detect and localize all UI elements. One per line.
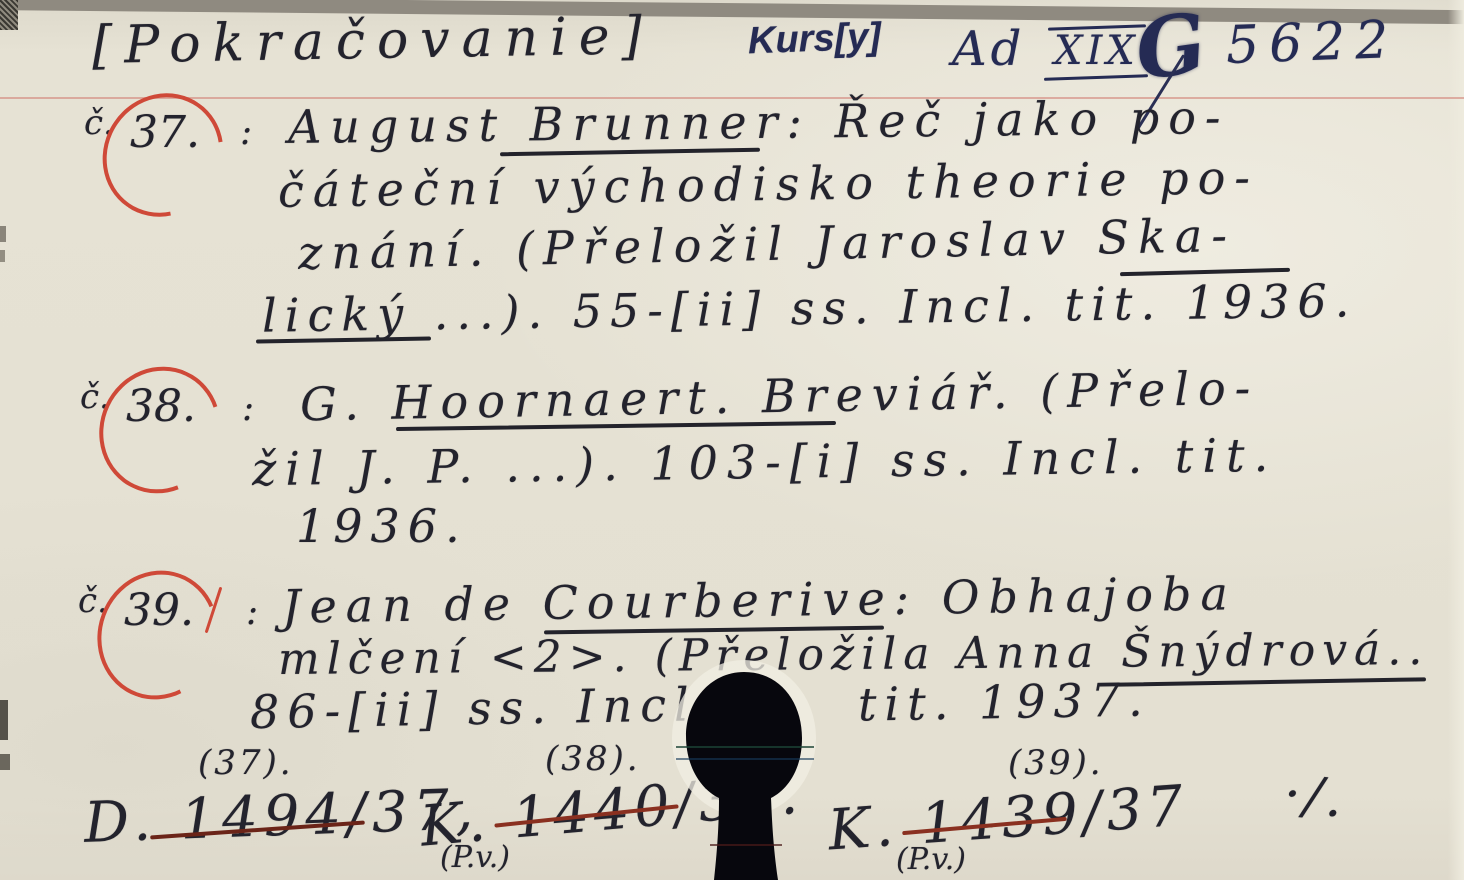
hole-silhouette	[686, 672, 802, 880]
series-roman-numeral: XIX	[1054, 30, 1139, 72]
entry-38-line-2: žil J. P. ...). 103-[i] ss. Incl. tit.	[252, 431, 1278, 494]
entry-39-separator: :	[246, 594, 258, 632]
entry-37-line-4: lický ...). 55-[ii] ss. Incl. tit. 1936.	[262, 276, 1358, 340]
corner-hatch-mark	[0, 0, 18, 30]
accession-37-ref: (37).	[198, 746, 294, 782]
entry-39-line-3: 86-[ii] ss. Incl.	[250, 680, 720, 736]
catalog-card: [Pokračovanie] Kurs[y] Ad XIX G 5622 č. …	[0, 0, 1464, 880]
g-stamp: G	[1130, 0, 1211, 95]
keyhole-hole	[652, 658, 842, 880]
entry-38-line-3: 1936.	[296, 502, 468, 550]
entry-37-line-3: znání. (Přeložil Jaroslav Ska-	[298, 211, 1237, 277]
entry-38-line-1: G. Hoornaert. Breviář. (Přelo-	[300, 364, 1260, 429]
entry-38-number: 38.	[126, 384, 196, 430]
entry-37-line-2: čáteční východisko theorie po-	[278, 153, 1259, 215]
underline-snydrova	[1116, 677, 1426, 686]
end-slash-mark: ·/.	[1281, 767, 1349, 828]
left-edge-mark	[0, 700, 8, 740]
entry-39-line-1: Jean de Courberive: Obhajoba	[282, 569, 1237, 631]
accession-38-ref: (38).	[545, 742, 641, 778]
accession-39-code: K. 1439/37	[826, 778, 1189, 862]
entry-37-line-1: August Brunner: Řeč jako po-	[288, 93, 1230, 151]
accession-38-note: (P.v.)	[440, 842, 510, 874]
left-edge-mark	[0, 250, 5, 262]
continuation-heading: [Pokračovanie]	[92, 9, 655, 73]
accession-39-note: (P.v.)	[896, 844, 966, 876]
right-edge-strip	[1448, 0, 1464, 880]
scanline-artifact	[676, 746, 814, 748]
entry-39-line-3-continued: tit. 1937.	[858, 675, 1151, 728]
entry-39-number: 39.	[124, 588, 194, 634]
scanline-artifact	[710, 844, 782, 846]
entry-38-separator: :	[242, 390, 254, 428]
ad-label: Ad	[952, 24, 1025, 74]
roman-underline	[1044, 74, 1148, 81]
kurs-annotation: Kurs[y]	[747, 18, 881, 63]
entry-37-separator: :	[240, 114, 252, 152]
scanline-artifact	[676, 758, 814, 760]
left-edge-mark	[0, 754, 10, 770]
accession-39-ref: (39).	[1008, 746, 1104, 782]
entry-39-line-2: mlčení <2>. (Přeložila Anna Šnýdrová..	[278, 627, 1430, 683]
entry-37-number: 37.	[130, 110, 200, 156]
card-number: 5622	[1225, 13, 1399, 74]
left-edge-mark	[0, 226, 6, 242]
